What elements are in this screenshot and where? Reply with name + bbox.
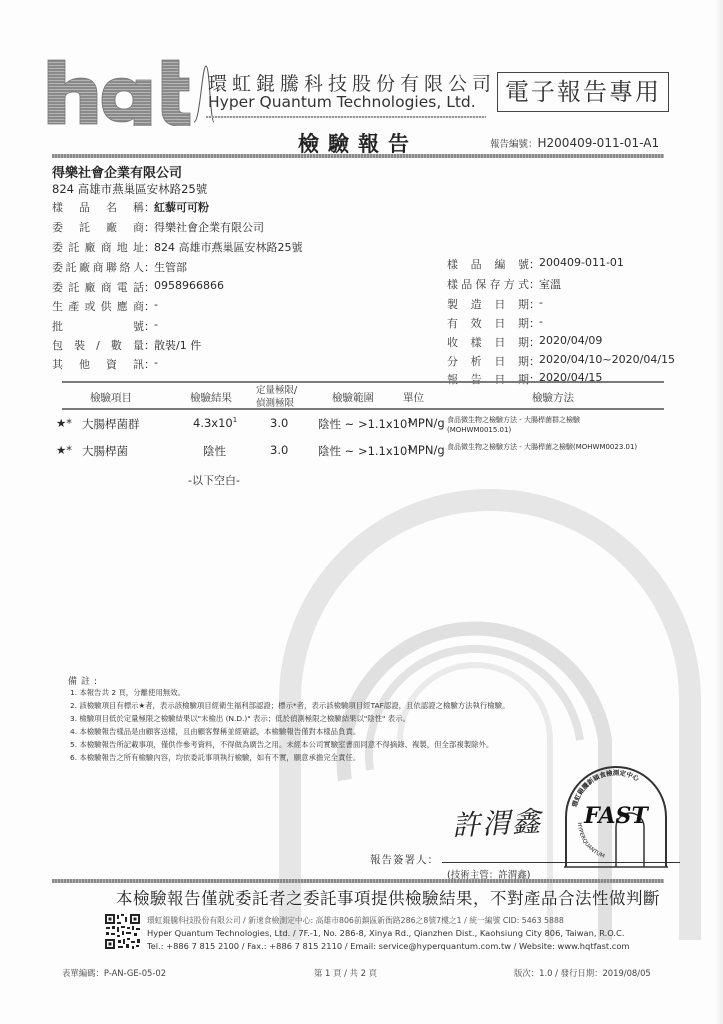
field-colon: ： [529, 353, 539, 369]
unit: MPN/g [408, 443, 445, 457]
field-colon: ： [144, 356, 154, 372]
quant-limit: 3.0 [270, 443, 288, 457]
test-method: 食品微生物之檢驗方法 - 大腸桿菌之檢驗(MOHWM0023.01) [447, 442, 687, 452]
field-label: 委託廠商聯絡人 [52, 259, 144, 275]
stamp-main-text: FAST [583, 803, 649, 829]
footer-divider [52, 879, 664, 883]
field-colon: ： [144, 239, 154, 255]
table-header-rule [62, 408, 664, 410]
field-value: - [539, 315, 543, 331]
scan-edge-shadow [715, 0, 723, 1024]
field-label: 其他資訊 [52, 356, 144, 372]
result-base: 陰性 [203, 444, 226, 458]
header-divider [52, 154, 664, 158]
disclaimer: 本檢驗報告僅就委託者之委託事項提供檢驗結果，不對產品合法性做判斷 [116, 885, 660, 909]
field-label: 樣品保存方式 [447, 276, 529, 292]
handwritten-signature: 許渭鑫 [451, 800, 543, 845]
field-colon: ： [529, 256, 539, 272]
left-field-row: 委託廠商聯絡人：生管部 [52, 259, 187, 275]
field-colon: ： [144, 199, 154, 215]
right-field-row: 有效日期：- [447, 315, 543, 331]
field-colon: ： [529, 371, 539, 387]
quant-limit: 3.0 [270, 416, 288, 430]
field-value: 室溫 [539, 276, 561, 292]
test-range: 陰性 ~ >1.1x103 [318, 443, 412, 459]
field-value: 紅藜可可粉 [154, 199, 209, 215]
company-name-en: Hyper Quantum Technologies, Ltd. [208, 93, 476, 111]
col-header-result: 檢驗結果 [190, 390, 232, 405]
left-field-row: 批號：- [52, 318, 158, 334]
field-colon: ： [144, 279, 154, 295]
field-colon: ： [529, 296, 539, 312]
left-field-row: 委託廠商：得樂社會企業有限公司 [52, 219, 264, 235]
right-field-row: 分析日期：2020/04/10~2020/04/15 [447, 353, 675, 369]
field-label: 生產或供應商 [52, 298, 144, 314]
note-item: 3. 檢驗項目低於定量極限之檢驗結果以"未檢出 (N.D.)" 表示；低於偵測極… [70, 713, 410, 724]
field-colon: ： [529, 276, 539, 292]
right-field-row: 收樣日期：2020/04/09 [447, 334, 602, 350]
col-header-unit: 單位 [403, 390, 424, 405]
note-item: 1. 本報告共 2 頁，分離使用無效。 [70, 687, 185, 698]
note-item: 6. 本檢驗報告之所有檢驗內容，均依委託事項執行檢驗，如有不實，願意承擔完全責任… [70, 752, 360, 763]
e-report-label: 電子報告專用 [497, 72, 669, 112]
field-label: 樣品名稱 [52, 199, 144, 215]
form-number: 表單編碼：P-AN-GE-05-02 [62, 967, 166, 979]
range-base: 陰性 ~ >1.1x10 [318, 444, 407, 458]
field-value: 0958966866 [154, 279, 224, 295]
result-exponent: 1 [233, 416, 237, 424]
field-label: 有效日期 [447, 315, 529, 331]
field-label: 委託廠商 [52, 219, 144, 235]
left-field-row: 樣品名稱：紅藜可可粉 [52, 199, 209, 215]
table-top-rule [62, 381, 664, 383]
note-item: 4. 本檢驗報告樣品是由顧客送樣，且由顧客聲稱並經確認，本檢驗報告僅對本樣品負責… [70, 726, 360, 737]
range-base: 陰性 ~ >1.1x10 [318, 417, 407, 431]
field-label: 委託廠商地址 [52, 239, 144, 255]
col-header-limit-1: 定量極限/ [256, 382, 297, 396]
field-label: 製造日期 [447, 296, 529, 312]
field-value: 得樂社會企業有限公司 [154, 219, 264, 235]
field-label: 分析日期 [447, 353, 529, 369]
left-field-row: 委託廠商電話：0958966866 [52, 279, 224, 295]
client-name: 得樂社會企業有限公司 [52, 162, 182, 181]
version-info: 版次：1.0 / 發行日期：2019/08/05 [514, 967, 651, 979]
field-colon: ： [144, 219, 154, 235]
field-colon: ： [144, 259, 154, 275]
field-colon: ： [144, 298, 154, 314]
field-label: 委託廠商電話 [52, 279, 144, 295]
result-base: 4.3x10 [193, 416, 233, 430]
field-value: 200409-011-01 [539, 256, 624, 272]
notes-title: 備註: [68, 674, 101, 687]
field-value: - [154, 298, 158, 314]
test-item: 大腸桿菌群 [82, 416, 140, 432]
qr-code-icon[interactable] [104, 913, 141, 950]
left-field-row: 生產或供應商：- [52, 298, 158, 314]
field-label: 包裝/數量 [52, 337, 144, 353]
field-label: 報告日期 [447, 371, 529, 387]
field-colon: ： [144, 337, 154, 353]
field-colon: ： [529, 315, 539, 331]
field-value: 824 高雄市燕巢區安林路25號 [154, 239, 303, 255]
col-header-limit-2: 偵測極限 [256, 395, 294, 409]
field-value: - [154, 318, 158, 334]
test-range: 陰性 ~ >1.1x103 [318, 416, 412, 432]
report-number-value: H200409-011-01-A1 [538, 136, 660, 150]
test-result: 4.3x101 [193, 416, 237, 430]
contact-line-en: Hyper Quantum Technologies, Ltd. / 7F.-1… [147, 928, 624, 938]
right-field-row: 樣品編號：200409-011-01 [447, 256, 624, 272]
header-decorative-rule [206, 116, 486, 118]
unit: MPN/g [408, 416, 445, 430]
company-name-cn: 環虹錕騰科技股份有限公司 [208, 69, 496, 96]
field-value: 散裝/1 件 [154, 337, 201, 353]
field-label: 樣品編號 [447, 256, 529, 272]
note-item: 5. 本檢驗報告所記載事項，僅供作參考資料，不得做為廣告之用。未經本公司實驗室書… [70, 739, 493, 750]
col-header-range: 檢驗範圍 [332, 390, 374, 405]
field-value: 生管部 [154, 259, 187, 275]
client-address: 824 高雄市燕巢區安林路25號 [52, 181, 207, 197]
col-header-item: 檢驗項目 [90, 390, 132, 405]
field-value: 2020/04/09 [539, 334, 602, 350]
hqt-logo [44, 56, 214, 126]
field-value: - [539, 296, 543, 312]
field-value: 2020/04/15 [539, 371, 602, 387]
table-end-marker: -以下空白- [188, 472, 240, 488]
row-marker: ★* [56, 416, 72, 430]
note-item: 2. 該檢驗項目有標示★者，表示該檢驗項目經衛生福利部認證；標示*者，表示該檢驗… [70, 700, 509, 711]
page-indicator: 第 1 頁 / 共 2 頁 [314, 967, 377, 979]
field-colon: ： [144, 318, 154, 334]
right-field-row: 樣品保存方式：室溫 [447, 276, 561, 292]
left-field-row: 包裝/數量：散裝/1 件 [52, 337, 201, 353]
test-item: 大腸桿菌 [82, 443, 128, 459]
row-marker: ★* [56, 443, 72, 457]
field-colon: ： [529, 334, 539, 350]
signer-label: 報告簽署人： [370, 852, 439, 867]
right-field-row: 報告日期：2020/04/15 [447, 371, 602, 387]
field-label: 批號 [52, 318, 144, 334]
contact-line-cn: 環虹錕騰科技股份有限公司 / 新速食檢測定中心: 高雄市806前鎮區新衙路286… [147, 915, 564, 926]
field-value: 2020/04/10~2020/04/15 [539, 353, 675, 369]
test-method: 食品微生物之檢驗方法 - 大腸桿菌群之檢驗 (MOHWM0015.01) [447, 415, 587, 435]
report-number: 報告編號：H200409-011-01-A1 [490, 136, 659, 150]
report-number-label: 報告編號： [490, 139, 538, 150]
fast-certification-stamp: 環虹錕騰新穎食檢測定中心 FAST HYPERQUANTUM [562, 763, 670, 871]
left-field-row: 委託廠商地址：824 高雄市燕巢區安林路25號 [52, 239, 303, 255]
test-result: 陰性 [203, 443, 226, 459]
contact-line-tel: Tel.: +886 7 815 2100 / Fax.: +886 7 815… [147, 941, 630, 951]
col-header-method: 檢驗方法 [532, 390, 574, 405]
right-field-row: 製造日期：- [447, 296, 543, 312]
left-field-row: 其他資訊：- [52, 356, 158, 372]
field-label: 收樣日期 [447, 334, 529, 350]
field-value: - [154, 356, 158, 372]
